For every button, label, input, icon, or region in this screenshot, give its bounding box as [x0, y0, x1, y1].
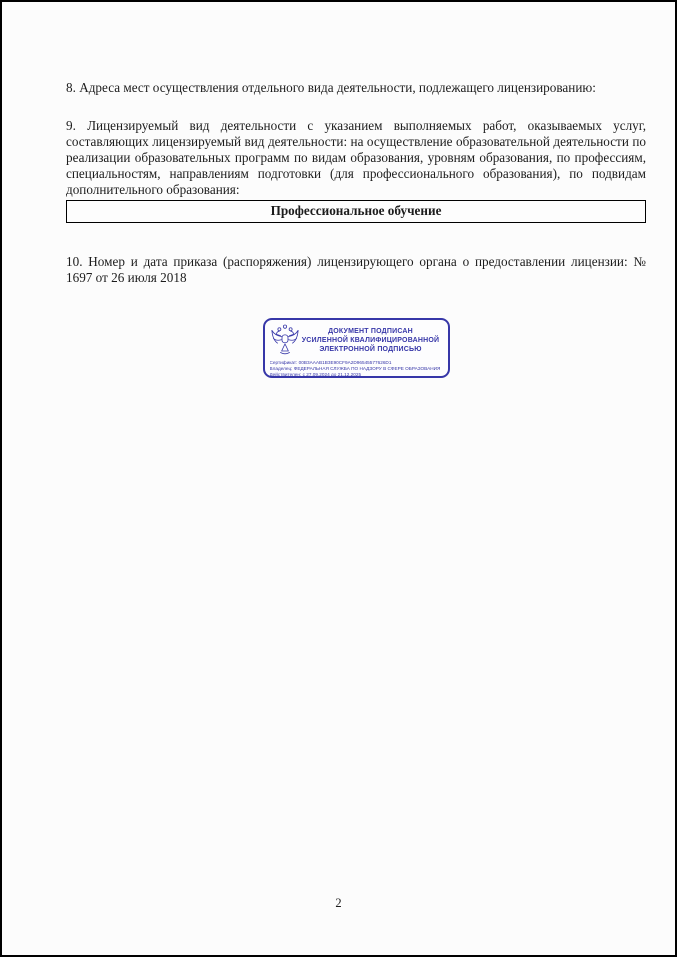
license-document-page: 8. Адреса мест осуществления отдельного … [0, 0, 677, 957]
paragraph-9-licensed-activity: 9. Лицензируемый вид деятельности с указ… [66, 118, 646, 198]
stamp-title-line1: ДОКУМЕНТ ПОДПИСАН [328, 328, 413, 335]
stamp-title: ДОКУМЕНТ ПОДПИСАН УСИЛЕННОЙ КВАЛИФИЦИРОВ… [300, 327, 442, 354]
stamp-header: ДОКУМЕНТ ПОДПИСАН УСИЛЕННОЙ КВАЛИФИЦИРОВ… [270, 324, 442, 357]
stamp-title-line3: ЭЛЕКТРОННОЙ ПОДПИСЬЮ [319, 346, 421, 353]
paragraph-8-addresses: 8. Адреса мест осуществления отдельного … [66, 80, 646, 96]
stamp-details: Сертификат: 00B3AAAB1B3E90CF9A2D96545577… [270, 360, 442, 378]
signature-stamp-wrap: ДОКУМЕНТ ПОДПИСАН УСИЛЕННОЙ КВАЛИФИЦИРОВ… [66, 318, 646, 378]
document-content: 8. Адреса мест осуществления отдельного … [66, 80, 646, 378]
license-type-box: Профессиональное обучение [66, 200, 646, 223]
stamp-validity-line: Действителен: с 27.09.2024 до 21.12.2025 [270, 372, 442, 378]
stamp-title-line2: УСИЛЕННОЙ КВАЛИФИЦИРОВАННОЙ [302, 337, 440, 344]
digital-signature-stamp: ДОКУМЕНТ ПОДПИСАН УСИЛЕННОЙ КВАЛИФИЦИРОВ… [263, 318, 450, 378]
coat-of-arms-icon [270, 324, 300, 357]
paragraph-10-order-number: 10. Номер и дата приказа (распоряжения) … [66, 254, 646, 286]
page-number: 2 [2, 896, 675, 911]
